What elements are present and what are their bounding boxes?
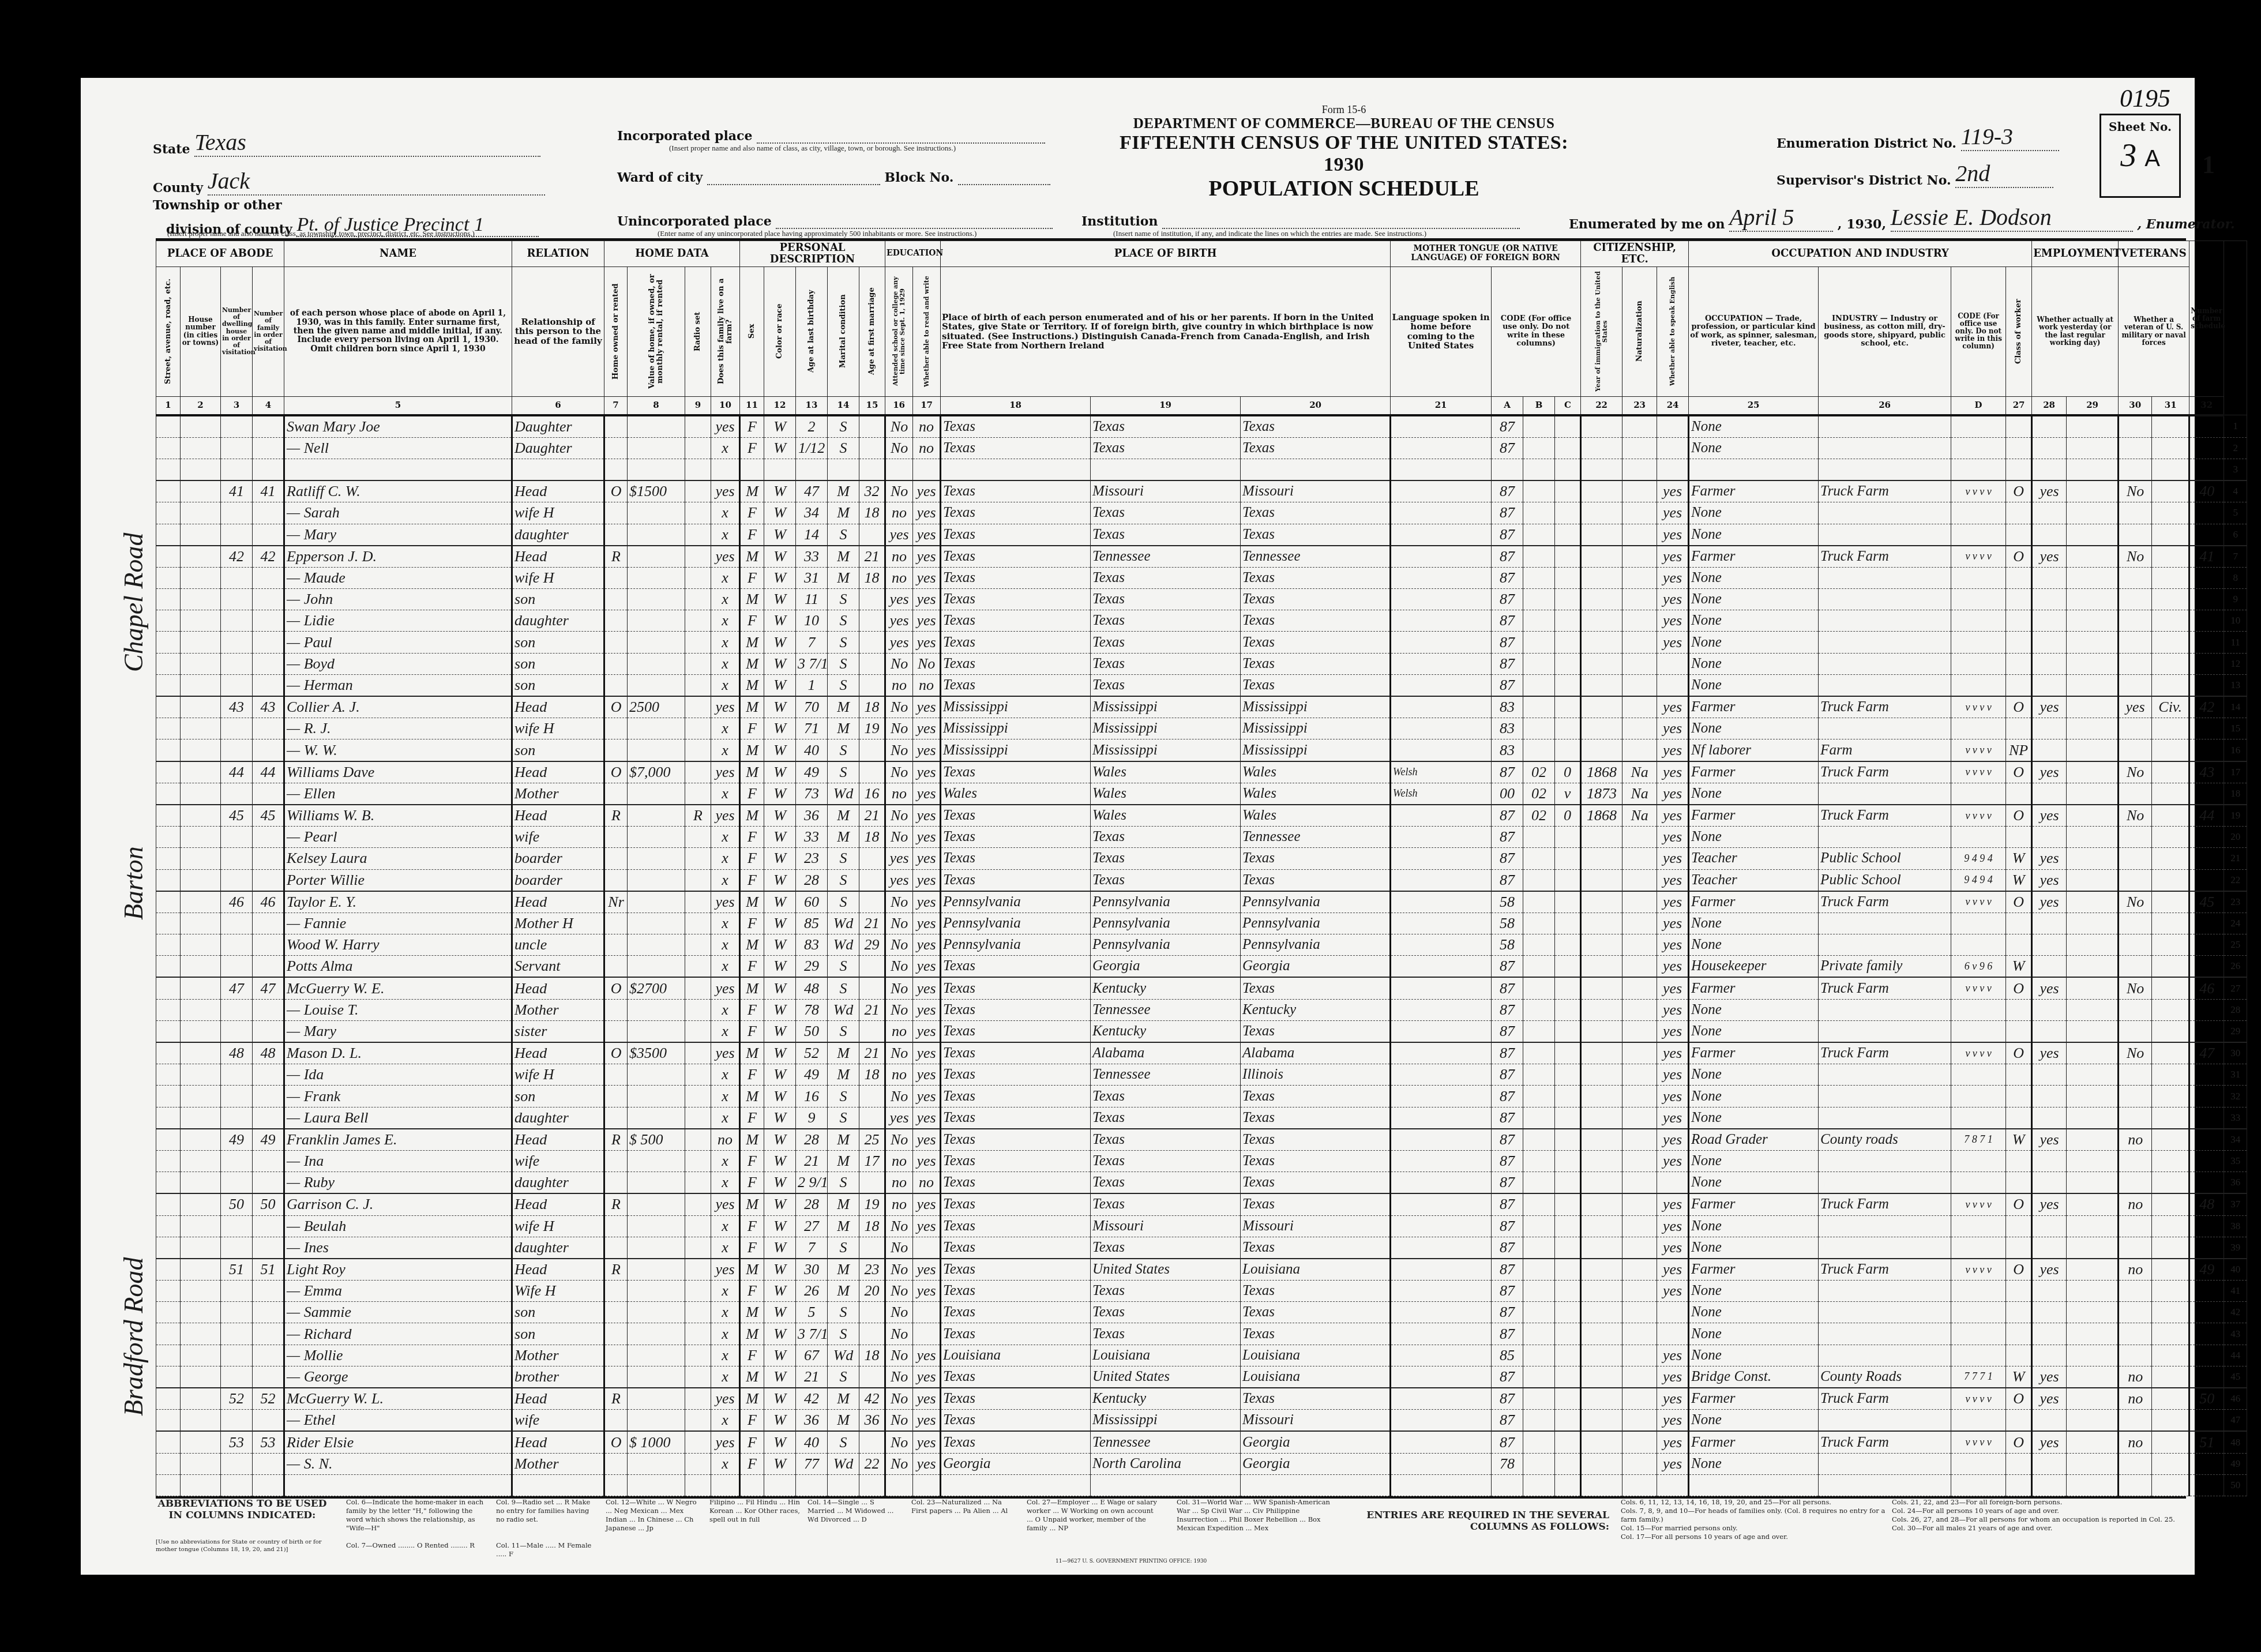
cell-mother-tongue [1391, 1020, 1492, 1042]
cell-age-first-marriage: 36 [859, 1410, 885, 1432]
cell-industry: Truck Farm [1819, 1431, 1951, 1453]
cell-sex: M [740, 1388, 764, 1410]
cell-street [156, 783, 181, 805]
cell-family-number [253, 1302, 284, 1323]
cell-home-tenure [604, 999, 628, 1020]
cell-farm: no [711, 1129, 740, 1151]
cell-class-of-worker [2006, 610, 2032, 632]
cell-mother-birthplace: Texas [1241, 1323, 1391, 1345]
cell-mother-birthplace: Wales [1241, 783, 1391, 805]
cell-person-name [284, 1474, 512, 1496]
cell-relation: Head [512, 977, 604, 999]
cell-radio [685, 718, 711, 739]
cell-mother-tongue [1391, 459, 1492, 480]
cell-person-name: — Nell [284, 437, 512, 459]
cell-class-of-worker [2006, 1020, 2032, 1042]
cell-home-value [628, 1345, 685, 1366]
cell-industry [1819, 783, 1951, 805]
cell-dwelling-number [221, 1086, 253, 1107]
cell-street [156, 1172, 181, 1194]
cell-birthplace: Texas [941, 1302, 1091, 1323]
cell-immigration-year [1581, 827, 1622, 848]
cell-immigration-year [1581, 1150, 1622, 1172]
cell-war [2152, 1366, 2189, 1388]
cell-mother-birthplace: Pennsylvania [1241, 891, 1391, 913]
cell-code-a: 83 [1492, 696, 1523, 718]
cell-speaks-english: yes [1657, 913, 1689, 934]
cell-unemployment-line [2067, 869, 2119, 891]
cell-occupation: Farmer [1689, 761, 1819, 783]
table-row: 4343Collier A. J.HeadO2500yesMW70M18Noye… [156, 696, 2247, 718]
cell-mother-birthplace: Texas [1241, 589, 1391, 610]
cell-code-a: 87 [1492, 480, 1523, 502]
cell-marital-status: S [828, 589, 859, 610]
cell-age: 1 [796, 674, 828, 696]
cell-race: W [764, 632, 796, 653]
form-number: Form 15-6 [1107, 104, 1580, 116]
cell-code-c [1555, 1129, 1581, 1151]
cell-unemployment-line [2067, 739, 2119, 761]
cell-home-value [628, 589, 685, 610]
cell-family-number [253, 632, 284, 653]
cell-home-tenure [604, 913, 628, 934]
cell-marital-status: S [828, 653, 859, 674]
cell-farm-schedule [2189, 437, 2224, 459]
cell-code-a: 87 [1492, 1281, 1523, 1302]
cell-marital-status: M [828, 1410, 859, 1432]
cell-code-a: 87 [1492, 1323, 1523, 1345]
cell-immigration-year [1581, 739, 1622, 761]
cell-code-c [1555, 934, 1581, 956]
cell-line-number: 45 [2224, 1366, 2247, 1388]
cell-race: W [764, 1453, 796, 1474]
cell-age-first-marriage [859, 589, 885, 610]
cell-naturalization [1622, 696, 1657, 718]
cell-relation: Head [512, 1129, 604, 1151]
cell-class-of-worker [2006, 718, 2032, 739]
cell-occupation: Farmer [1689, 480, 1819, 502]
cell-radio [685, 1410, 711, 1432]
cell-unemployment-line [2067, 1345, 2119, 1366]
cell-mother-birthplace: Texas [1241, 977, 1391, 999]
cell-code-b [1523, 1431, 1555, 1453]
cell-occupation-code [1951, 783, 2006, 805]
cell-marital-status: S [828, 761, 859, 783]
cell-home-tenure [604, 1366, 628, 1388]
cell-mother-tongue [1391, 999, 1492, 1020]
cell-person-name: Light Roy [284, 1259, 512, 1281]
cell-code-a: 87 [1492, 1042, 1523, 1064]
cell-war [2152, 653, 2189, 674]
cell-occupation-code [1951, 502, 2006, 524]
table-row: 5151Light RoyHeadRyesMW30M23NoyesTexasUn… [156, 1259, 2247, 1281]
cell-age-first-marriage [859, 1302, 885, 1323]
cell-age: 14 [796, 524, 828, 546]
cell-farm: yes [711, 546, 740, 568]
cell-code-a: 87 [1492, 956, 1523, 978]
cell-birthplace: Mississippi [941, 739, 1091, 761]
cell-read-write: yes [913, 480, 941, 502]
cell-person-name: — Pearl [284, 827, 512, 848]
cell-sex: F [740, 524, 764, 546]
cell-farm: x [711, 848, 740, 869]
cell-at-work [2032, 1107, 2067, 1129]
cell-street [156, 1366, 181, 1388]
cell-code-c [1555, 480, 1581, 502]
cell-occupation: None [1689, 502, 1819, 524]
cell-war [2152, 827, 2189, 848]
cell-farm-schedule: 44 [2189, 805, 2224, 827]
cell-birthplace: Texas [941, 1042, 1091, 1064]
cell-class-of-worker [2006, 415, 2032, 438]
cell-code-c [1555, 546, 1581, 568]
cell-home-tenure [604, 848, 628, 869]
cell-at-work [2032, 999, 2067, 1020]
cell-mother-tongue [1391, 718, 1492, 739]
cell-mother-tongue [1391, 1193, 1492, 1215]
cell-mother-birthplace: Texas [1241, 610, 1391, 632]
cell-class-of-worker: W [2006, 848, 2032, 869]
cell-occupation-code [1951, 1150, 2006, 1172]
cell-relation: uncle [512, 934, 604, 956]
cell-code-c [1555, 1237, 1581, 1259]
entries-required-left: Cols. 6, 11, 12, 13, 14, 16, 18, 19, 20,… [1621, 1498, 1886, 1541]
cell-home-value [628, 567, 685, 588]
cell-marital-status: S [828, 1107, 859, 1129]
cell-home-value [628, 1107, 685, 1129]
cell-war [2152, 1150, 2189, 1172]
cell-mother-tongue [1391, 739, 1492, 761]
cell-naturalization [1622, 459, 1657, 480]
cell-family-number: 51 [253, 1259, 284, 1281]
cell-line-number: 39 [2224, 1237, 2247, 1259]
table-row: 4141Ratliff C. W.HeadO$1500yesMW47M32Noy… [156, 480, 2247, 502]
cell-family-number [253, 1453, 284, 1474]
cell-war [2152, 1453, 2189, 1474]
cell-mother-birthplace: Texas [1241, 567, 1391, 588]
cell-sex: M [740, 1129, 764, 1151]
printer-line: 11—9627 U. S. GOVERNMENT PRINTING OFFICE… [1056, 1559, 1207, 1565]
cell-school: No [885, 718, 913, 739]
cell-occupation [1689, 459, 1819, 480]
cell-dwelling-number [221, 827, 253, 848]
cell-age: 3 7/12 [796, 1323, 828, 1345]
cell-dwelling-number [221, 1215, 253, 1237]
cell-unemployment-line [2067, 1388, 2119, 1410]
cell-person-name: Collier A. J. [284, 696, 512, 718]
cell-farm: x [711, 610, 740, 632]
cell-speaks-english: yes [1657, 783, 1689, 805]
cell-race: W [764, 1345, 796, 1366]
cell-family-number [253, 1020, 284, 1042]
cell-code-a: 58 [1492, 891, 1523, 913]
cell-code-a: 87 [1492, 1193, 1523, 1215]
cell-war [2152, 524, 2189, 546]
cell-code-a: 87 [1492, 1366, 1523, 1388]
incorporated-hint: (Insert proper name and also name of cla… [669, 144, 956, 153]
cell-age: 36 [796, 805, 828, 827]
cell-class-of-worker: O [2006, 977, 2032, 999]
cell-code-b [1523, 1388, 1555, 1410]
cell-code-b [1523, 524, 1555, 546]
cell-line-number: 9 [2224, 589, 2247, 610]
cell-farm-schedule [2189, 567, 2224, 588]
cell-relation: son [512, 1323, 604, 1345]
cell-relation: Head [512, 891, 604, 913]
cell-code-a: 87 [1492, 415, 1523, 438]
col-english: Whether able to speak English [1657, 266, 1689, 396]
cell-race: W [764, 653, 796, 674]
cell-read-write: yes [913, 913, 941, 934]
cell-home-value [628, 1259, 685, 1281]
cell-family-number: 49 [253, 1129, 284, 1151]
col-veteran-desc: Whether a veteran of U. S. military or n… [2119, 266, 2189, 396]
cell-read-write: yes [913, 805, 941, 827]
cell-at-work [2032, 739, 2067, 761]
cell-code-a: 58 [1492, 913, 1523, 934]
cell-immigration-year [1581, 1020, 1622, 1042]
cell-dwelling-number [221, 1323, 253, 1345]
cell-mother-tongue [1391, 437, 1492, 459]
cell-farm: x [711, 1302, 740, 1323]
cell-occupation-code [1951, 718, 2006, 739]
cell-age-first-marriage [859, 437, 885, 459]
cell-read-write: yes [913, 1388, 941, 1410]
cell-at-work [2032, 956, 2067, 978]
cell-war [2152, 934, 2189, 956]
cell-veteran [2119, 567, 2152, 588]
cell-farm: x [711, 956, 740, 978]
cell-naturalization [1622, 1215, 1657, 1237]
cell-dwelling-number [221, 1150, 253, 1172]
cell-race: W [764, 805, 796, 827]
cell-house-number [181, 567, 221, 588]
cell-farm-schedule [2189, 718, 2224, 739]
cell-birthplace: Mississippi [941, 696, 1091, 718]
cell-school: no [885, 1172, 913, 1194]
cell-occupation-code [1951, 1453, 2006, 1474]
cell-code-c [1555, 1172, 1581, 1194]
cell-speaks-english: yes [1657, 1453, 1689, 1474]
cell-home-tenure [604, 1302, 628, 1323]
cell-immigration-year [1581, 891, 1622, 913]
cell-home-value [628, 674, 685, 696]
column-number: 27 [2006, 396, 2032, 415]
cell-class-of-worker [2006, 1281, 2032, 1302]
cell-speaks-english: yes [1657, 827, 1689, 848]
cell-home-tenure [604, 674, 628, 696]
cell-farm: x [711, 1410, 740, 1432]
cell-occupation-code [1951, 632, 2006, 653]
cell-home-value [628, 1215, 685, 1237]
cell-unemployment-line [2067, 1042, 2119, 1064]
cell-marital-status: S [828, 739, 859, 761]
cell-age: 3 7/12 [796, 653, 828, 674]
cell-birthplace: Georgia [941, 1453, 1091, 1474]
footer-col11: Col. 11—Male ..... M Female ..... F [496, 1541, 594, 1559]
cell-family-number: 41 [253, 480, 284, 502]
cell-house-number [181, 1042, 221, 1064]
cell-code-c [1555, 632, 1581, 653]
cell-farm-schedule [2189, 1410, 2224, 1432]
cell-marital-status: M [828, 502, 859, 524]
cell-line-number: 33 [2224, 1107, 2247, 1129]
cell-street [156, 1086, 181, 1107]
cell-mother-birthplace: Texas [1241, 1193, 1391, 1215]
cell-read-write: yes [913, 739, 941, 761]
cell-family-number [253, 459, 284, 480]
cell-occupation: None [1689, 674, 1819, 696]
cell-occupation-code [1951, 1107, 2006, 1129]
cell-class-of-worker: O [2006, 1042, 2032, 1064]
cell-home-value [628, 956, 685, 978]
abbreviations-title: ABBREVIATIONS TO BE USED IN COLUMNS INDI… [156, 1498, 329, 1522]
cell-code-a: 87 [1492, 567, 1523, 588]
cell-at-work: yes [2032, 891, 2067, 913]
table-row: — Beulahwife HxFW27M18NoyesTexasMissouri… [156, 1215, 2247, 1237]
cell-speaks-english: yes [1657, 1345, 1689, 1366]
cell-father-birthplace: Tennessee [1091, 1431, 1241, 1453]
cell-school: No [885, 761, 913, 783]
column-number: 15 [859, 396, 885, 415]
cell-read-write: yes [913, 1107, 941, 1129]
cell-mother-tongue [1391, 1086, 1492, 1107]
cell-read-write: no [913, 437, 941, 459]
cell-industry [1819, 1215, 1951, 1237]
cell-street [156, 1042, 181, 1064]
cell-house-number [181, 1388, 221, 1410]
table-row: — FannieMother HxFW85Wd21NoyesPennsylvan… [156, 913, 2247, 934]
cell-naturalization [1622, 999, 1657, 1020]
cell-class-of-worker: W [2006, 956, 2032, 978]
cell-street [156, 524, 181, 546]
col-industry: INDUSTRY — Industry or business, as cott… [1819, 266, 1951, 396]
cell-age: 7 [796, 632, 828, 653]
cell-home-tenure [604, 1474, 628, 1496]
cell-marital-status: M [828, 1215, 859, 1237]
cell-school: No [885, 805, 913, 827]
cell-age-first-marriage: 18 [859, 1345, 885, 1366]
cell-veteran [2119, 1107, 2152, 1129]
cell-family-number [253, 1366, 284, 1388]
cell-occupation-code: v v v v [1951, 1431, 2006, 1453]
cell-street [156, 999, 181, 1020]
cell-veteran [2119, 674, 2152, 696]
cell-line-number: 1 [2224, 415, 2247, 438]
cell-mother-tongue [1391, 869, 1492, 891]
cell-industry [1819, 1020, 1951, 1042]
cell-immigration-year [1581, 1042, 1622, 1064]
cell-relation: boarder [512, 848, 604, 869]
cell-radio [685, 459, 711, 480]
cell-veteran: no [2119, 1193, 2152, 1215]
table-row: — InawifexFW21M17noyesTexasTexasTexas87y… [156, 1150, 2247, 1172]
cell-code-a: 87 [1492, 1150, 1523, 1172]
cell-home-tenure [604, 869, 628, 891]
cell-line-number: 10 [2224, 610, 2247, 632]
cell-line-number: 48 [2224, 1431, 2247, 1453]
cell-code-b [1523, 956, 1555, 978]
cell-veteran [2119, 1345, 2152, 1366]
entries-required-right: Cols. 21, 22, and 23—For all foreign-bor… [1892, 1498, 2180, 1533]
cell-marital-status: S [828, 1020, 859, 1042]
cell-code-b: 02 [1523, 805, 1555, 827]
cell-speaks-english: yes [1657, 805, 1689, 827]
cell-occupation: Farmer [1689, 546, 1819, 568]
cell-person-name: — Ines [284, 1237, 512, 1259]
cell-at-work [2032, 1237, 2067, 1259]
cell-class-of-worker [2006, 1474, 2032, 1496]
cell-code-c [1555, 1302, 1581, 1323]
cell-class-of-worker [2006, 1107, 2032, 1129]
cell-occupation-code [1951, 1215, 2006, 1237]
cell-marital-status: S [828, 437, 859, 459]
cell-code-a: 87 [1492, 1259, 1523, 1281]
cell-industry [1819, 1410, 1951, 1432]
cell-house-number [181, 783, 221, 805]
cell-family-number [253, 502, 284, 524]
cell-school: No [885, 1237, 913, 1259]
cell-school: No [885, 437, 913, 459]
cell-unemployment-line [2067, 1215, 2119, 1237]
cell-street [156, 934, 181, 956]
cell-age-first-marriage: 18 [859, 1064, 885, 1086]
table-row: — InesdaughterxFW7SNoTexasTexasTexas87ye… [156, 1237, 2247, 1259]
cell-war [2152, 1172, 2189, 1194]
cell-age-first-marriage [859, 1474, 885, 1496]
cell-home-value [628, 999, 685, 1020]
cell-unemployment-line [2067, 546, 2119, 568]
cell-radio [685, 1302, 711, 1323]
street-label-chapel-road: Chapel Road [118, 533, 149, 672]
cell-relation: Mother [512, 999, 604, 1020]
col-relation-desc: Relationship of this person to the head … [512, 266, 604, 396]
cell-at-work [2032, 1064, 2067, 1086]
cell-industry: County roads [1819, 1129, 1951, 1151]
cell-immigration-year [1581, 1107, 1622, 1129]
cell-class-of-worker [2006, 567, 2032, 588]
cell-relation: Head [512, 1042, 604, 1064]
census-table: PLACE OF ABODE NAME RELATION HOME DATA P… [156, 238, 2186, 1499]
cell-family-number [253, 610, 284, 632]
cell-occupation: None [1689, 1150, 1819, 1172]
cell-read-write: yes [913, 1086, 941, 1107]
cell-family-number [253, 1281, 284, 1302]
street-label-barton: Barton [118, 846, 149, 920]
cell-mother-birthplace: Kentucky [1241, 999, 1391, 1020]
cell-house-number [181, 1129, 221, 1151]
cell-marital-status: M [828, 1388, 859, 1410]
cell-farm-schedule [2189, 783, 2224, 805]
cell-code-c [1555, 524, 1581, 546]
cell-farm-schedule: 41 [2189, 546, 2224, 568]
cell-war [2152, 999, 2189, 1020]
cell-occupation-code: 7 7 7 1 [1951, 1366, 2006, 1388]
cell-occupation-code: 9 4 9 4 [1951, 869, 2006, 891]
cell-class-of-worker [2006, 653, 2032, 674]
cell-unemployment-line [2067, 1474, 2119, 1496]
cell-home-value [628, 1281, 685, 1302]
cell-at-work [2032, 610, 2067, 632]
cell-relation: Head [512, 1388, 604, 1410]
cell-farm: x [711, 913, 740, 934]
cell-house-number [181, 589, 221, 610]
cell-naturalization [1622, 1064, 1657, 1086]
cell-relation: daughter [512, 610, 604, 632]
cell-father-birthplace: Texas [1091, 827, 1241, 848]
cell-mother-tongue [1391, 1281, 1492, 1302]
cell-house-number [181, 524, 221, 546]
